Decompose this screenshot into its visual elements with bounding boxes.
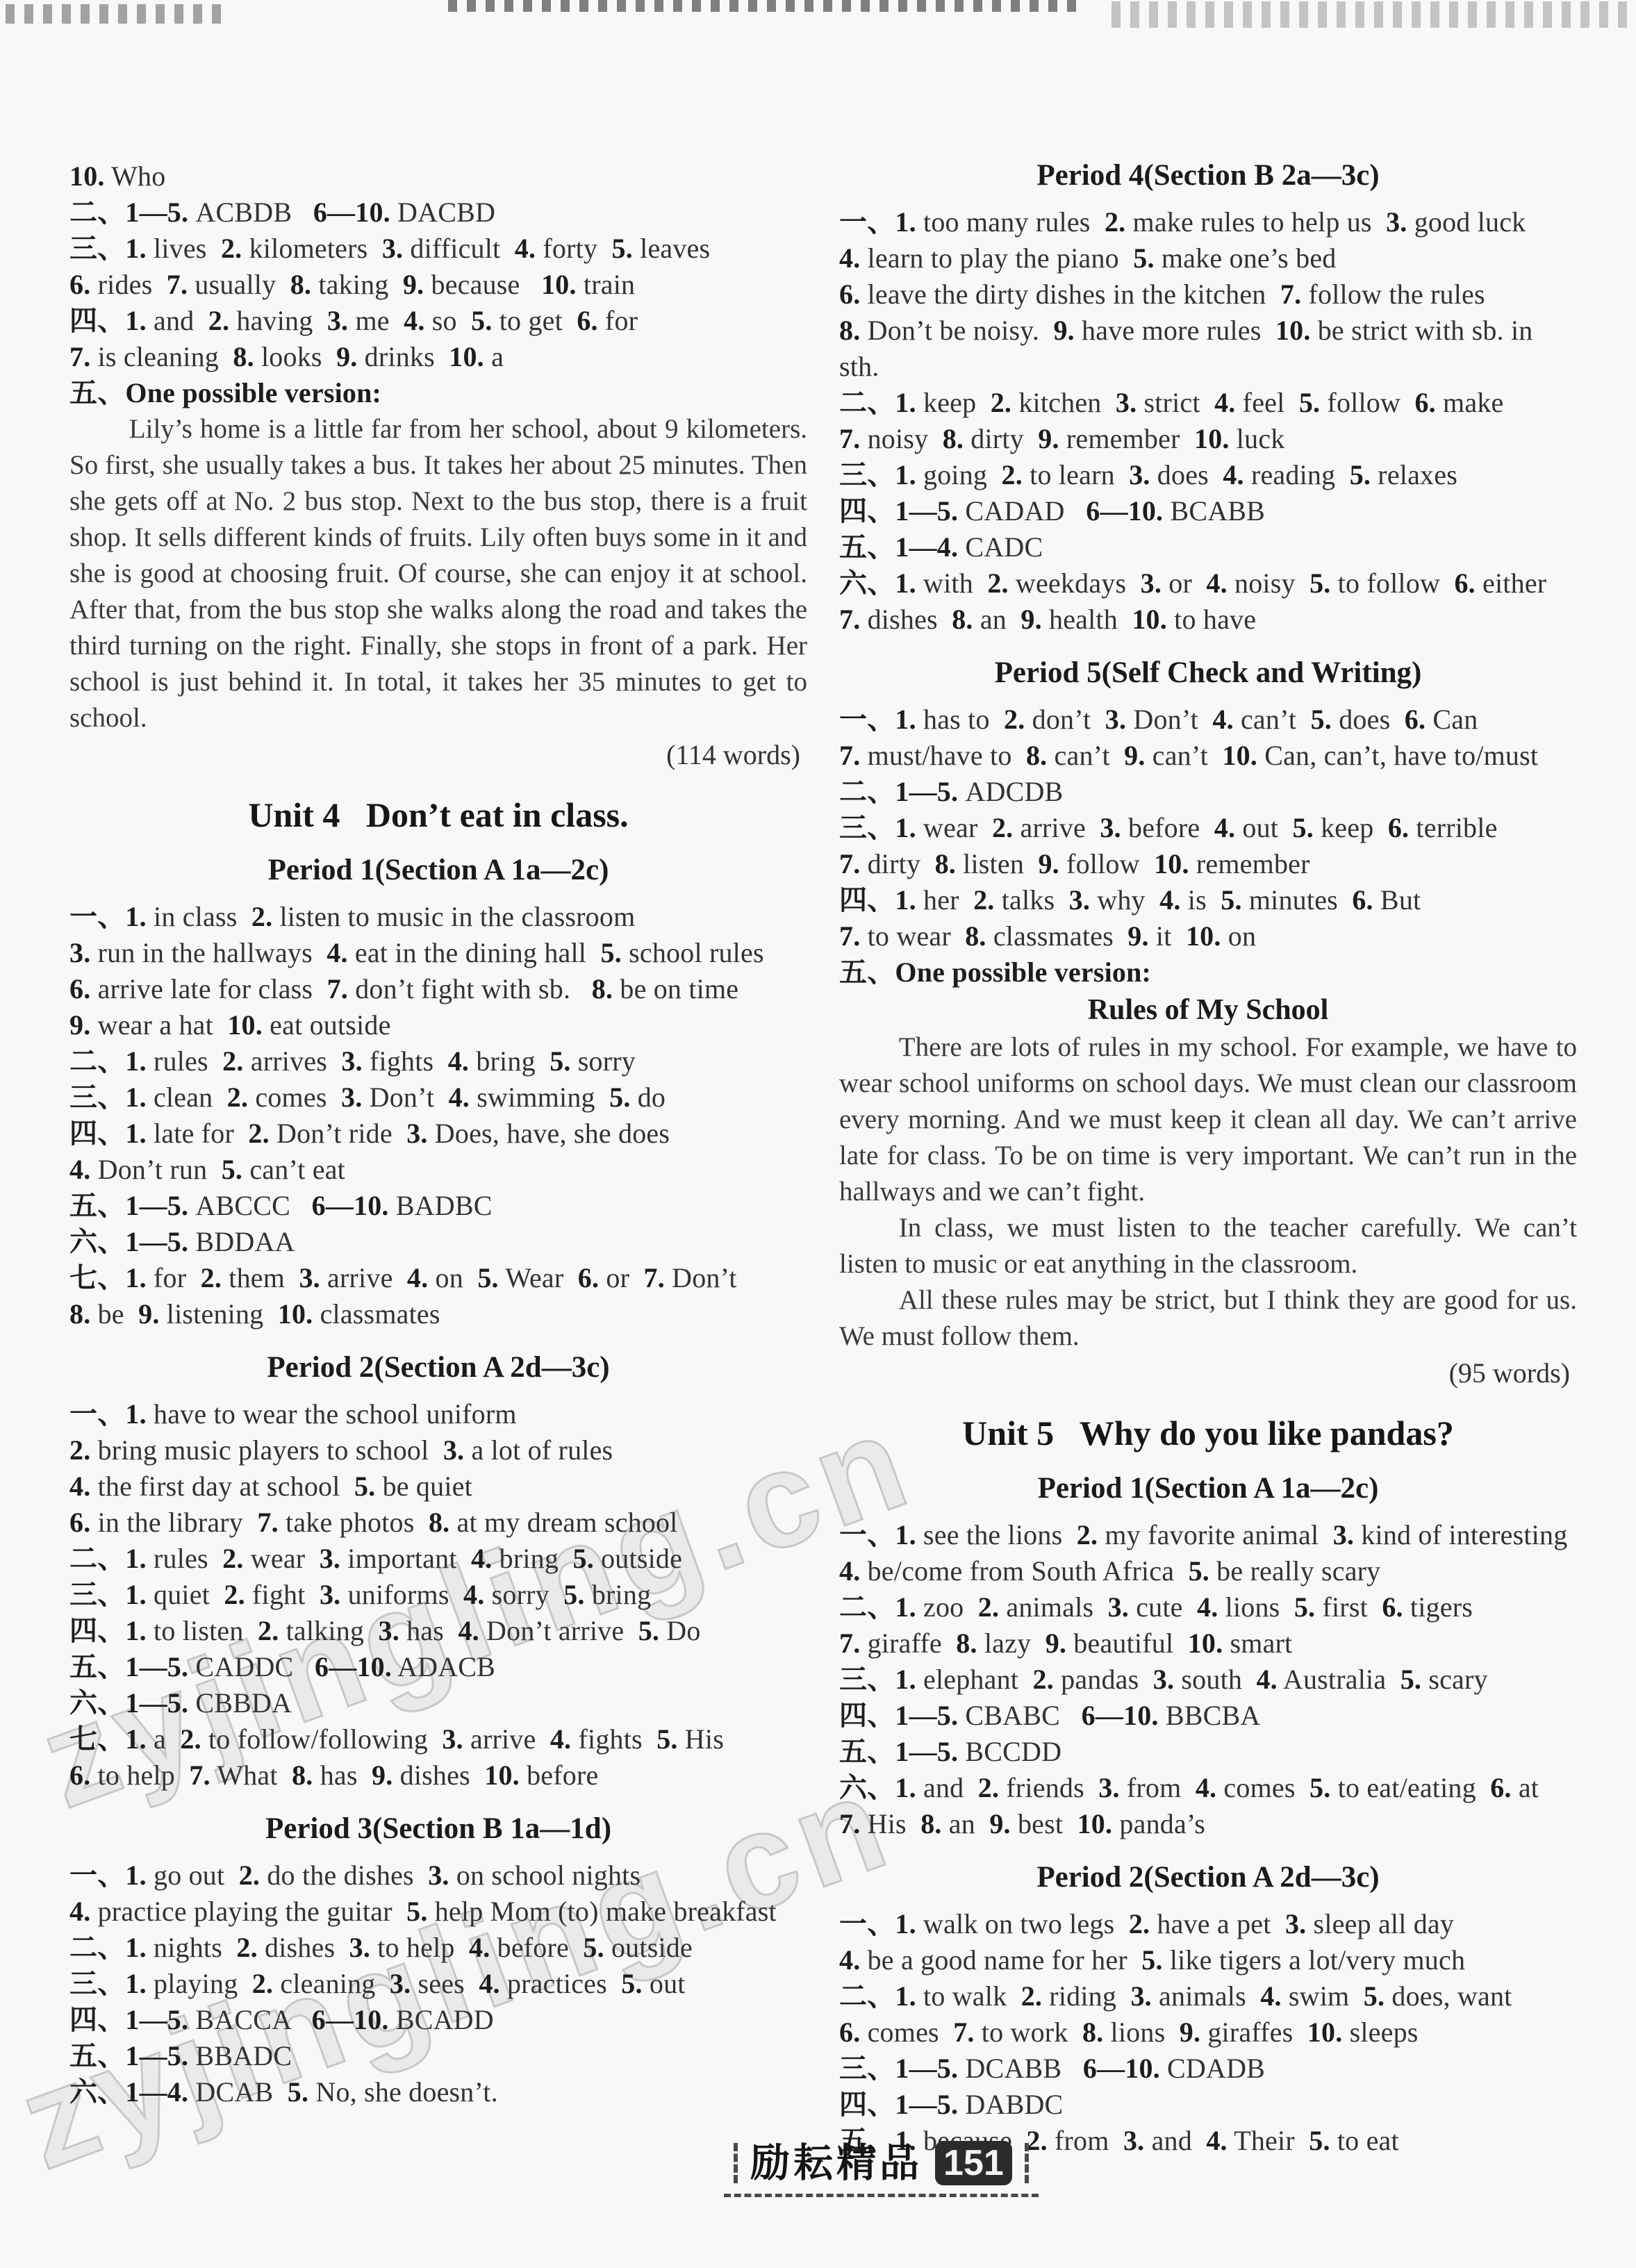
footer-divider (1025, 2143, 1029, 2183)
answer-line: 三、1. lives 2. kilometers 3. difficult 4.… (69, 231, 807, 267)
answer-line: 三、1. clean 2. comes 3. Don’t 4. swimming… (69, 1079, 807, 1116)
answer-line: 6. to help 7. What 8. has 9. dishes 10. … (69, 1757, 807, 1794)
answer-line: 10. Who (69, 158, 807, 194)
answer-line: 七、1. for 2. them 3. arrive 4. on 5. Wear… (69, 1260, 807, 1296)
answer-line: 四、1. late for 2. Don’t ride 3. Does, hav… (69, 1116, 807, 1152)
answer-line: 四、1. to listen 2. talking 3. has 4. Don’… (69, 1613, 807, 1649)
scan-artifact (448, 0, 1080, 12)
answer-line: 三、1. playing 2. cleaning 3. sees 4. prac… (69, 1966, 807, 2002)
unit-heading: Unit 5 Why do you like pandas? (839, 1413, 1577, 1453)
answer-line: 4. practice playing the guitar 5. help M… (69, 1894, 807, 1930)
answer-line: 6. comes 7. to work 8. lions 9. giraffes… (839, 2014, 1577, 2051)
answer-line: 4. be a good name for her 5. like tigers… (839, 1942, 1577, 1978)
word-count: (95 words) (839, 1355, 1577, 1392)
period-heading: Period 3(Section B 1a—1d) (69, 1812, 807, 1846)
essay-paragraph: There are lots of rules in my school. Fo… (839, 1029, 1577, 1210)
page-footer: 励耘精品 151 (724, 2141, 1039, 2197)
answer-line: 6. leave the dirty dishes in the kitchen… (839, 276, 1577, 313)
answer-line: 六、1—5. BDDAA (69, 1224, 807, 1260)
answer-line: 四、1. her 2. talks 3. why 4. is 5. minute… (839, 882, 1577, 918)
answer-line: 二、1. zoo 2. animals 3. cute 4. lions 5. … (839, 1589, 1577, 1625)
answer-line: 三、1. wear 2. arrive 3. before 4. out 5. … (839, 810, 1577, 846)
footer-divider (734, 2143, 738, 2183)
scan-artifact (1112, 1, 1629, 28)
answer-line: 7. to wear 8. classmates 9. it 10. on (839, 918, 1577, 954)
answer-line: 三、1—5. DCABB 6—10. CDADB (839, 2051, 1577, 2087)
period-heading: Period 1(Section A 1a—2c) (839, 1471, 1577, 1506)
unit-heading: Unit 4 Don’t eat in class. (69, 795, 807, 835)
answer-line: 7. must/have to 8. can’t 9. can’t 10. Ca… (839, 738, 1577, 774)
answer-line: 二、1. rules 2. arrives 3. fights 4. bring… (69, 1043, 807, 1079)
answer-line: 五、One possible version: (69, 375, 807, 411)
answer-line: 三、1. going 2. to learn 3. does 4. readin… (839, 457, 1577, 493)
answer-line: 二、1. rules 2. wear 3. important 4. bring… (69, 1541, 807, 1577)
answer-line: 五、1—4. CADC (839, 529, 1577, 565)
essay-paragraph: All these rules may be strict, but I thi… (839, 1282, 1577, 1355)
answer-line: 五、1—5. ABCCC 6—10. BADBC (69, 1188, 807, 1224)
brand-logo: 励耘精品 (750, 2142, 923, 2184)
answer-line: 五、One possible version: (839, 954, 1577, 991)
answer-line: 8. be 9. listening 10. classmates (69, 1296, 807, 1332)
right-column: Period 4(Section B 2a—3c)一、1. too many r… (839, 158, 1577, 2159)
answer-line: 六、1—5. CBBDA (69, 1685, 807, 1721)
answer-line: 三、1. quiet 2. fight 3. uniforms 4. sorry… (69, 1577, 807, 1613)
answer-line: 二、1—5. ADCDB (839, 774, 1577, 810)
answer-key-page: zyjingling.cn zyjingling.cn 10. Who二、1—5… (0, 0, 1636, 2268)
answer-line: 六、1. with 2. weekdays 3. or 4. noisy 5. … (839, 565, 1577, 602)
answer-line: 4. the first day at school 5. be quiet (69, 1468, 807, 1505)
essay-paragraph: In class, we must listen to the teacher … (839, 1210, 1577, 1282)
left-column: 10. Who二、1—5. ACBDB 6—10. DACBD三、1. live… (69, 158, 807, 2110)
answer-line: 7. giraffe 8. lazy 9. beautiful 10. smar… (839, 1625, 1577, 1662)
answer-line: 7. His 8. an 9. best 10. panda’s (839, 1806, 1577, 1842)
answer-line: 一、1. in class 2. listen to music in the … (69, 899, 807, 935)
answer-line: 四、1—5. BACCA 6—10. BCADD (69, 2002, 807, 2038)
answer-line: 9. wear a hat 10. eat outside (69, 1007, 807, 1043)
answer-line: 五、1—5. BBADC (69, 2038, 807, 2074)
page-number-badge: 151 (935, 2141, 1012, 2185)
answer-line: 4. Don’t run 5. can’t eat (69, 1152, 807, 1188)
answer-line: 一、1. see the lions 2. my favorite animal… (839, 1517, 1577, 1553)
answer-line: 六、1—4. DCAB 5. No, she doesn’t. (69, 2074, 807, 2110)
period-heading: Period 4(Section B 2a—3c) (839, 158, 1577, 193)
period-heading: Period 1(Section A 1a—2c) (69, 853, 807, 888)
essay-paragraph: Lily’s home is a little far from her sch… (69, 411, 807, 736)
answer-line: 4. be/come from South Africa 5. be reall… (839, 1553, 1577, 1589)
answer-line: 7. noisy 8. dirty 9. remember 10. luck (839, 421, 1577, 457)
answer-line: 四、1. and 2. having 3. me 4. so 5. to get… (69, 303, 807, 339)
answer-line: 2. bring music players to school 3. a lo… (69, 1432, 807, 1468)
answer-line: 一、1. has to 2. don’t 3. Don’t 4. can’t 5… (839, 702, 1577, 738)
answer-line: 二、1. nights 2. dishes 3. to help 4. befo… (69, 1930, 807, 1966)
answer-line: 五、1—5. BCCDD (839, 1734, 1577, 1770)
period-heading: Period 2(Section A 2d—3c) (839, 1860, 1577, 1895)
answer-line: 6. rides 7. usually 8. taking 9. because… (69, 267, 807, 303)
answer-line: 一、1. have to wear the school uniform (69, 1396, 807, 1432)
answer-line: 6. in the library 7. take photos 8. at m… (69, 1505, 807, 1541)
answer-line: 二、1. to walk 2. riding 3. animals 4. swi… (839, 1978, 1577, 2014)
answer-line: 7. is cleaning 8. looks 9. drinks 10. a (69, 339, 807, 375)
period-heading: Period 5(Self Check and Writing) (839, 656, 1577, 690)
word-count: (114 words) (69, 736, 807, 774)
answer-line: 3. run in the hallways 4. eat in the din… (69, 935, 807, 971)
answer-line: 一、1. too many rules 2. make rules to hel… (839, 204, 1577, 240)
answer-line: 7. dirty 8. listen 9. follow 10. remembe… (839, 846, 1577, 882)
answer-line: 8. Don’t be noisy. 9. have more rules 10… (839, 313, 1577, 385)
answer-line: 三、1. elephant 2. pandas 3. south 4. Aust… (839, 1662, 1577, 1698)
scan-artifact (6, 4, 228, 24)
answer-line: 6. arrive late for class 7. don’t fight … (69, 971, 807, 1007)
period-heading: Period 2(Section A 2d—3c) (69, 1350, 807, 1385)
answer-line: 七、1. a 2. to follow/following 3. arrive … (69, 1721, 807, 1757)
essay-title: Rules of My School (839, 991, 1577, 1029)
answer-line: 五、1—5. CADDC 6—10. ADACB (69, 1649, 807, 1685)
answer-line: 7. dishes 8. an 9. health 10. to have (839, 602, 1577, 638)
answer-line: 六、1. and 2. friends 3. from 4. comes 5. … (839, 1770, 1577, 1806)
answer-line: 四、1—5. CADAD 6—10. BCABB (839, 493, 1577, 529)
answer-line: 二、1—5. ACBDB 6—10. DACBD (69, 194, 807, 231)
answer-line: 4. learn to play the piano 5. make one’s… (839, 240, 1577, 276)
answer-line: 二、1. keep 2. kitchen 3. strict 4. feel 5… (839, 385, 1577, 421)
answer-line: 四、1—5. DABDC (839, 2087, 1577, 2123)
answer-line: 一、1. walk on two legs 2. have a pet 3. s… (839, 1906, 1577, 1942)
answer-line: 一、1. go out 2. do the dishes 3. on schoo… (69, 1857, 807, 1894)
answer-line: 四、1—5. CBABC 6—10. BBCBA (839, 1698, 1577, 1734)
